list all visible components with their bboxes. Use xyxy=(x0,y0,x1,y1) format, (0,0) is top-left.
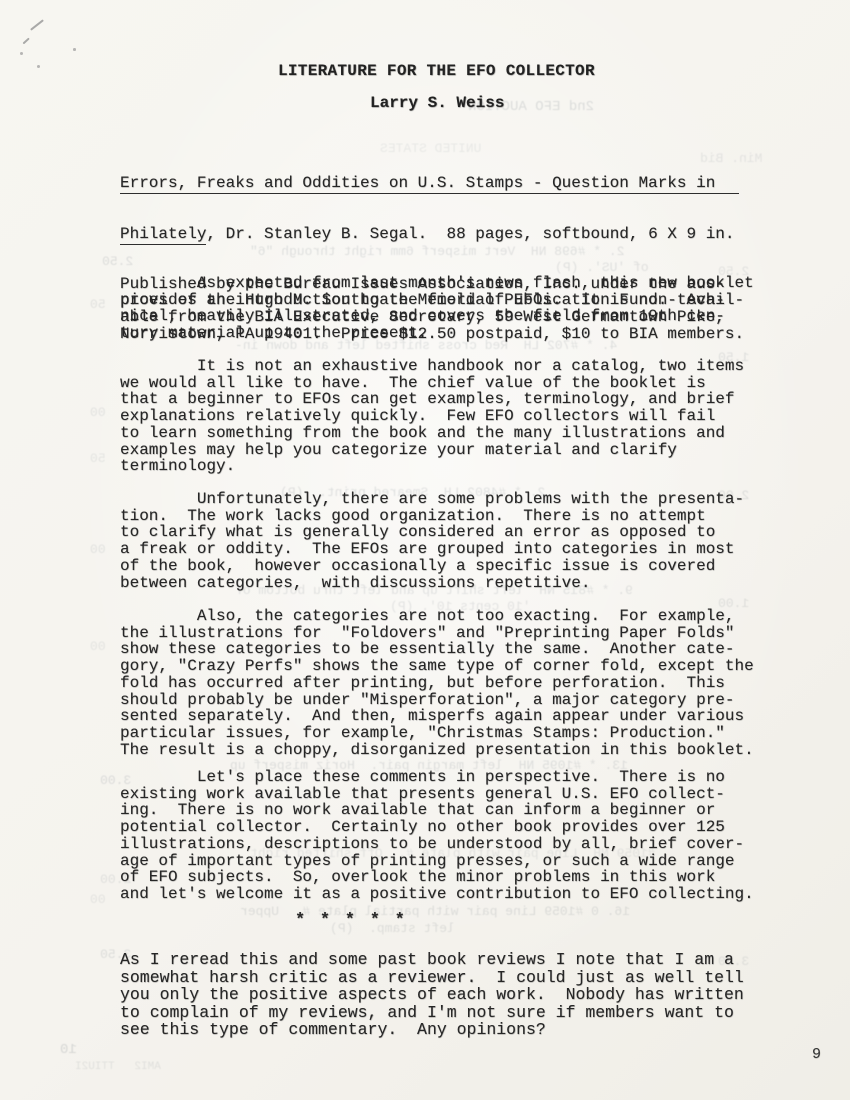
text-line: and let's welcome it as a positive contr… xyxy=(120,886,754,903)
ink-speck xyxy=(37,65,40,68)
text-line: somewhat harsh critic as a reviewer. I c… xyxy=(120,969,744,987)
text-line: we would all like to have. The chief val… xyxy=(120,375,744,392)
text-line: tury material up to the present. xyxy=(120,325,754,342)
citation-text: , Dr. Stanley B. Segal. 88 pages, softbo… xyxy=(206,225,734,243)
ink-speck xyxy=(20,52,23,55)
text-line: of EFO subjects. So, overlook the minor … xyxy=(120,869,754,886)
text-line: examples may help you categorize your ma… xyxy=(120,442,744,459)
bleed-fragment: 00 xyxy=(90,640,106,654)
text-line: Philately, Dr. Stanley B. Segal. 88 page… xyxy=(120,226,744,243)
text-line: existing work available that presents ge… xyxy=(120,786,754,803)
document-title: LITERATURE FOR THE EFO COLLECTOR xyxy=(278,62,595,80)
text-line: The result is a choppy, disorganized pre… xyxy=(120,742,754,759)
star-separator: * * * * * xyxy=(295,911,405,930)
text-line: show these categories to be essentially … xyxy=(120,641,754,658)
page-number: 9 xyxy=(812,1046,821,1063)
bleed-fragment: 10 xyxy=(60,1043,77,1057)
text-line: Let's place these comments in perspectiv… xyxy=(120,769,754,786)
text-line: the illustrations for "Foldovers" and "P… xyxy=(120,625,754,642)
text-line: Unfortunately, there are some problems w… xyxy=(120,491,744,508)
bleed-fragment: 50 xyxy=(90,298,106,312)
bleed-fragment: 00 xyxy=(90,406,106,420)
text-line: As I reread this and some past book revi… xyxy=(120,951,744,969)
text-line: to complain of my reviews, and I'm not s… xyxy=(120,1004,744,1022)
text-line: you only the positive aspects of each wo… xyxy=(120,986,744,1004)
ink-speck xyxy=(73,48,76,51)
text-line: see this type of commentary. Any opinion… xyxy=(120,1021,744,1039)
book-title-underlined-part1: Errors, Freaks and Oddities on U.S. Stam… xyxy=(120,174,739,194)
text-line: tion. The work lacks good organization. … xyxy=(120,508,744,525)
bleed-fragment: 00 xyxy=(90,543,106,557)
text-line: Also, the categories are not too exactin… xyxy=(120,608,754,625)
text-line: to clarify what is generally considered … xyxy=(120,524,744,541)
text-line: As expected from last month's news flash… xyxy=(120,275,754,292)
paragraph-chief-value: It is not an exhaustive handbook nor a c… xyxy=(120,358,744,475)
bleed-fragment: AMI2 TTIU2I xyxy=(75,1060,161,1074)
text-line: explanations relatively quickly. Few EFO… xyxy=(120,408,744,425)
pen-stroke-mark xyxy=(22,38,29,45)
text-line: should probably be under "Misperforation… xyxy=(120,692,754,709)
text-line: fold has occurred after printing, but be… xyxy=(120,675,754,692)
author-byline: Larry S. Weiss xyxy=(370,94,504,112)
bleed-fragment: 00 xyxy=(90,893,106,907)
scanned-document-page: 2nd EFO AUCTIONUNITED STATESMin. Bid2. *… xyxy=(0,0,850,1100)
text-line: sented separately. And then, misperfs ag… xyxy=(120,708,754,725)
text-line: between categories, with discussions rep… xyxy=(120,575,744,592)
book-title-underlined-part2: Philately xyxy=(120,225,206,245)
text-line: ing. There is no work available that can… xyxy=(120,802,754,819)
text-line: gory, "Crazy Perfs" shows the same type … xyxy=(120,658,754,675)
paragraph-introduction: As expected from last month's news flash… xyxy=(120,275,754,342)
bleed-fragment: 50 xyxy=(90,452,106,466)
paragraph-categories: Also, the categories are not too exactin… xyxy=(120,608,754,758)
text-line: It is not an exhaustive handbook nor a c… xyxy=(120,358,744,375)
text-line: to learn something from the book and the… xyxy=(120,425,744,442)
text-line: a freak or oddity. The EFOs are grouped … xyxy=(120,541,744,558)
paragraph-perspective: Let's place these comments in perspectiv… xyxy=(120,769,754,903)
text-line: illustrations, descriptions to be unders… xyxy=(120,836,754,853)
text-line: terminology. xyxy=(120,458,744,475)
text-line: of the book, however occasionally a spec… xyxy=(120,558,744,575)
text-line: nical, heavily illustrated, and covers t… xyxy=(120,308,754,325)
paragraph-reviewer-note: As I reread this and some past book revi… xyxy=(120,951,744,1039)
text-line: provides an introduction to the field of… xyxy=(120,292,754,309)
text-line: that a beginner to EFOs can get examples… xyxy=(120,391,744,408)
text-line: age of important types of printing press… xyxy=(120,853,754,870)
text-line: Errors, Freaks and Oddities on U.S. Stam… xyxy=(120,175,744,192)
paragraph-problems: Unfortunately, there are some problems w… xyxy=(120,491,744,591)
text-line: potential collector. Certainly no other … xyxy=(120,819,754,836)
pen-stroke-mark xyxy=(30,19,44,30)
text-line: particular issues, for example, "Christm… xyxy=(120,725,754,742)
